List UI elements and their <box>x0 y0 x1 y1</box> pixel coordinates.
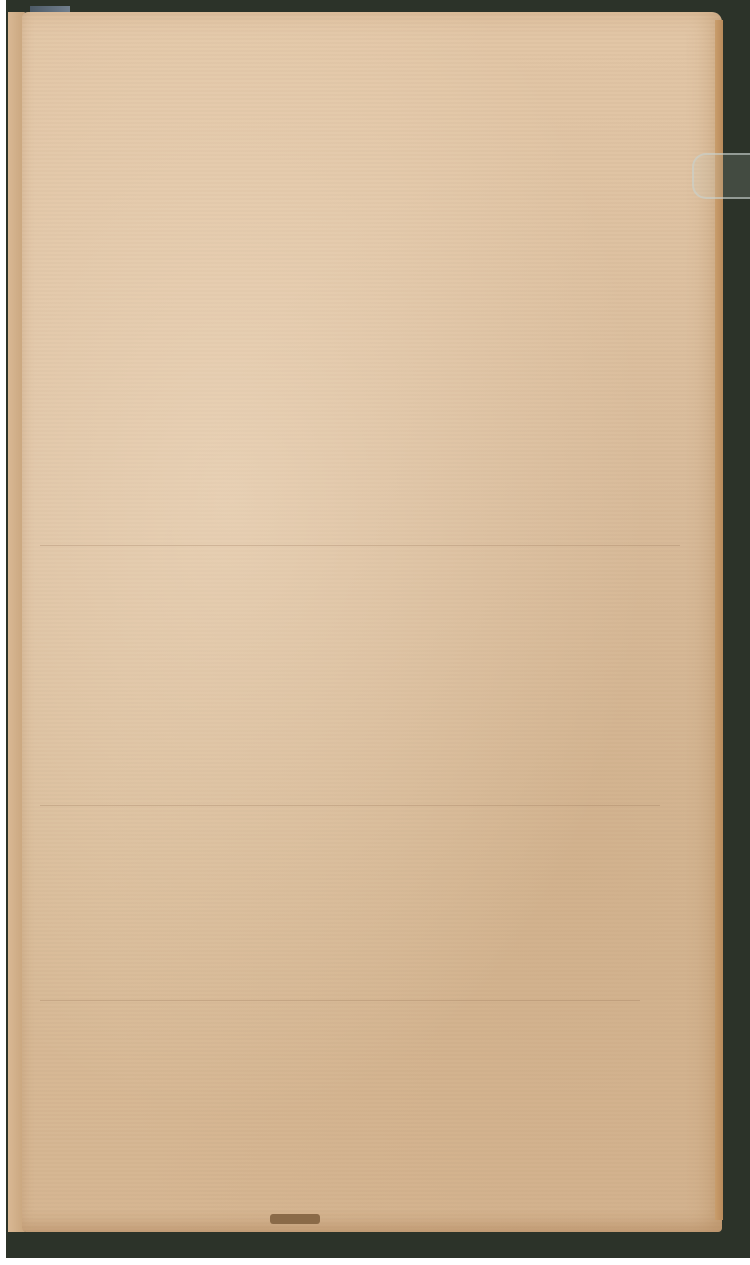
paper-clip-icon <box>692 153 750 199</box>
scan-color-target <box>30 6 70 12</box>
page-edge <box>715 20 723 1220</box>
torn-edge <box>270 1214 320 1224</box>
blank-page <box>22 12 722 1232</box>
page-crease <box>40 805 660 806</box>
page-crease <box>40 545 680 546</box>
page-crease <box>40 1000 640 1001</box>
